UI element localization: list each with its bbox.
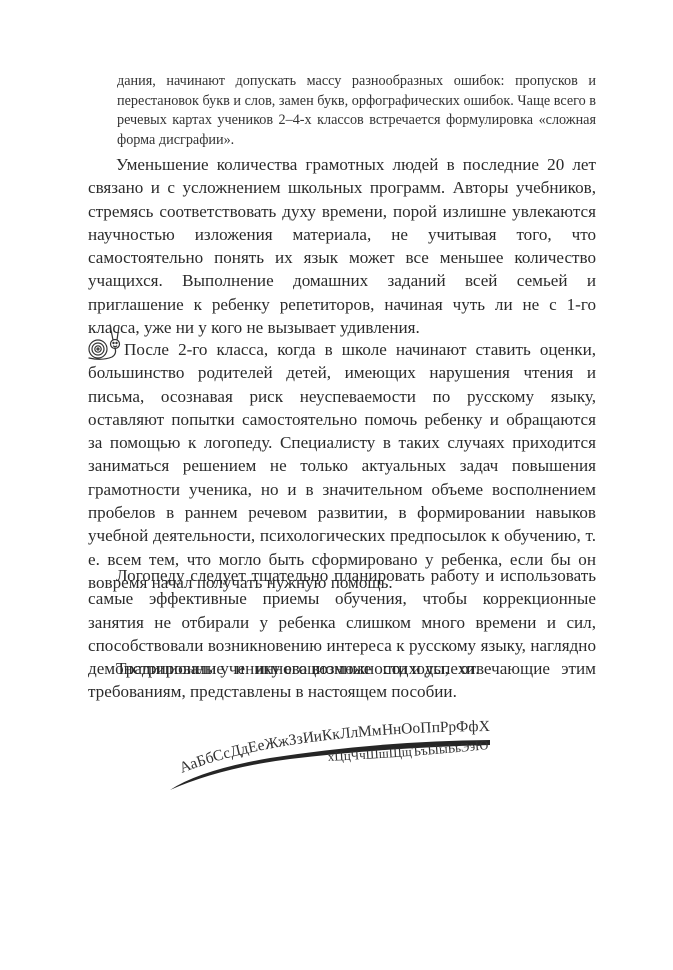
book-page: дания, начинают допускать массу разнообр… <box>0 0 673 970</box>
note-paragraph: дания, начинают допускать массу разнообр… <box>117 72 596 150</box>
paragraph-2: После 2-го класса, когда в школе начинаю… <box>88 338 596 594</box>
note-text: дания, начинают допускать массу разнообр… <box>117 73 596 148</box>
paragraph-4: Традиционные и инновационные подходы, от… <box>88 657 596 704</box>
paragraph-1: Уменьшение количества грамотных людей в … <box>88 153 596 339</box>
paragraph-text: После 2-го класса, когда в школе начинаю… <box>88 338 596 594</box>
paragraph-text: Уменьшение количества грамотных людей в … <box>88 153 596 339</box>
paragraph-text: Традиционные и инновационные подходы, от… <box>88 657 596 704</box>
alphabet-bottom-text: хЦцЧчШшЩщЪъЫыЬьЭэЮю <box>327 737 520 803</box>
alphabet-swoosh-decoration: АаБбСсДдЕеЖжЗзИиКкЛлМмНнОоПпРрФфХ хЦцЧчШ… <box>160 715 520 825</box>
